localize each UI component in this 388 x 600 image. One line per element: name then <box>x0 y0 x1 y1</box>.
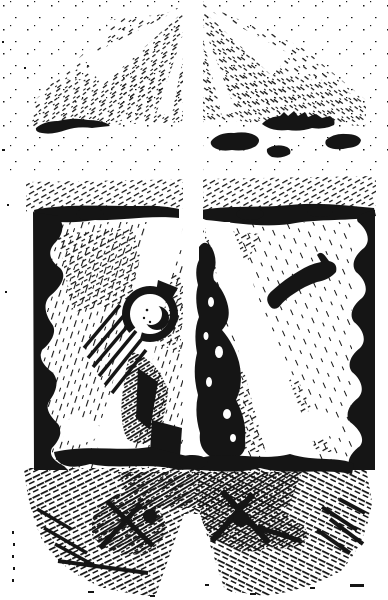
artifact-dot <box>12 555 14 558</box>
artifact-dash <box>350 584 364 587</box>
artifact-dot <box>2 149 5 151</box>
speck <box>310 587 315 589</box>
artifact-dot <box>13 543 15 546</box>
artifact-dot <box>7 204 9 206</box>
face-mark <box>146 309 149 312</box>
ink-gap <box>230 434 236 442</box>
floor-highlight <box>94 434 118 450</box>
speck <box>88 591 94 593</box>
floor-highlight <box>288 411 336 441</box>
artifact-dot <box>24 67 26 69</box>
ink-gap <box>204 332 209 340</box>
artwork-page: Pen-and-ink illustration: radiant cross … <box>0 0 388 600</box>
roof-knot <box>307 207 333 217</box>
face-mark <box>149 321 151 323</box>
figure-core <box>143 509 157 523</box>
face-mark <box>143 317 145 319</box>
artifact-dot <box>5 291 7 293</box>
ink-gap <box>208 297 214 307</box>
roof-knot <box>236 208 264 220</box>
floor-knot <box>176 455 208 469</box>
artifact-dot <box>13 567 15 570</box>
artifact-dot <box>2 41 4 43</box>
illustration-canvas <box>0 0 388 600</box>
speck <box>250 593 256 595</box>
speck <box>150 595 155 597</box>
artifact-dot <box>12 531 14 534</box>
roof-knot <box>76 208 104 220</box>
roof-knot <box>138 207 162 217</box>
floor-highlight <box>60 417 100 443</box>
speck <box>205 584 209 586</box>
ink-gap <box>206 377 212 387</box>
artifact-dot <box>12 579 14 582</box>
figure-core <box>233 511 249 527</box>
ink-gap <box>215 346 223 358</box>
ink-gap <box>223 409 231 419</box>
